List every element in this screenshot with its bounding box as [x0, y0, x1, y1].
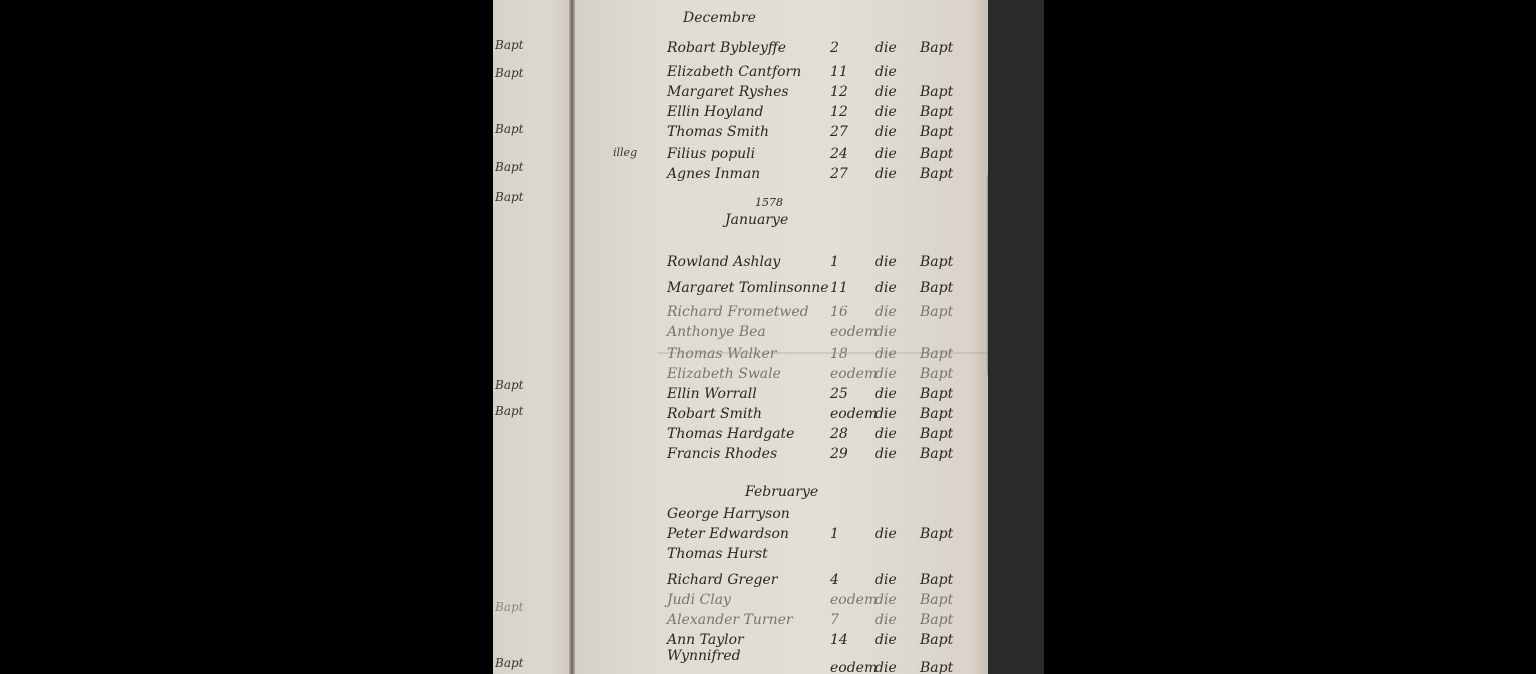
register-entry: Agnes Inman27dieBapt [575, 166, 1005, 186]
margin-note: Bapt [495, 190, 523, 204]
book-gutter [569, 0, 575, 674]
register-entry: Rowland Ashlay1dieBapt [575, 254, 1005, 274]
month-heading-february: Februarye [745, 484, 818, 500]
register-entry: Thomas Hardgate28dieBapt [575, 426, 1005, 446]
register-entry: Peter Edwardson1dieBapt [575, 526, 1005, 546]
margin-note: Bapt [495, 404, 523, 418]
month-heading-december: Decembre [683, 10, 756, 26]
register-entry: Anthonye Beaeodemdie [575, 324, 1005, 344]
register-entry: Filius populi24dieBapt [575, 146, 1005, 166]
register-entry: George Harryson [575, 506, 1005, 526]
register-entry: Judi ClayeodemdieBapt [575, 592, 1005, 612]
left-page: Bapt Bapt Bapt Bapt Bapt Bapt Bapt Bapt … [493, 0, 573, 674]
register-entry: Ellin Hoyland12dieBapt [575, 104, 1005, 124]
register-entry: Alexander Turner7dieBapt [575, 612, 1005, 632]
margin-note: Bapt [495, 378, 523, 392]
right-page: Decembre Robart Bybleyffe2dieBapt Elizab… [575, 0, 1005, 674]
margin-note: Bapt [495, 600, 523, 614]
margin-note: Bapt [495, 656, 523, 670]
register-entry: Thomas Hurst [575, 546, 1005, 566]
margin-note: Bapt [495, 66, 523, 80]
register-entry: Margaret Ryshes12dieBapt [575, 84, 1005, 104]
register-entry: Thomas Walker18dieBapt [575, 346, 1005, 366]
register-entry: Robart Bybleyffe2dieBapt [575, 40, 1005, 60]
margin-note: Bapt [495, 160, 523, 174]
manuscript-scan: Bapt Bapt Bapt Bapt Bapt Bapt Bapt Bapt … [493, 0, 1044, 674]
register-entry: Elizabeth SwaleeodemdieBapt [575, 366, 1005, 386]
scan-background-edge [988, 0, 1044, 674]
margin-note: Bapt [495, 38, 523, 52]
register-entry: Robart SmitheodemdieBapt [575, 406, 1005, 426]
month-heading-january: Januarye [725, 212, 788, 228]
register-entry: Francis Rhodes29dieBapt [575, 446, 1005, 466]
register-entry: Richard Frometwed16dieBapt [575, 304, 1005, 324]
register-entry: Richard Greger4dieBapt [575, 572, 1005, 592]
register-entry: Thomas Smith27dieBapt [575, 124, 1005, 144]
year-heading: 1578 [755, 196, 783, 209]
register-entry: Ellin Worrall25dieBapt [575, 386, 1005, 406]
register-entry: eodemdieBapt [575, 660, 1005, 674]
register-entry: Elizabeth Cantforn11die [575, 64, 1005, 84]
margin-note: Bapt [495, 122, 523, 136]
register-entry: Margaret Tomlinsonne11dieBapt [575, 280, 1005, 300]
